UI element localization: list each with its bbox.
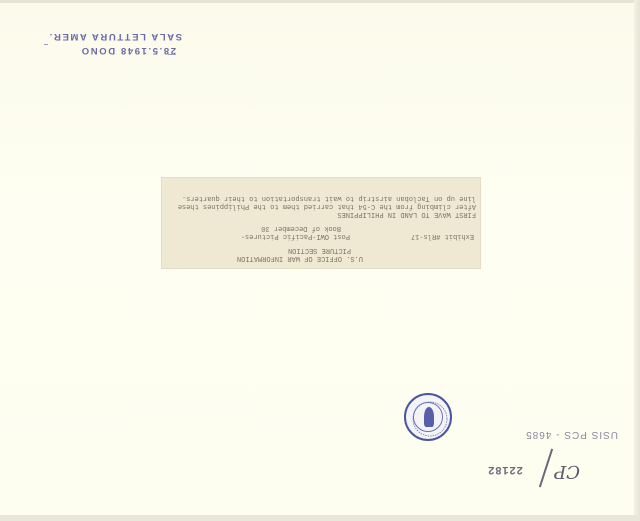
library-stamp-date: 28.5.1948 DONO: [80, 45, 176, 56]
caption-label: U.S. OFFICE OF WAR INFORMATION PICTURE S…: [161, 177, 481, 269]
archive-number: USIS PCS - 4685: [478, 426, 618, 440]
label-post: Post OWI-Pacific Pictures-: [241, 232, 350, 240]
label-exhibit: Exhibit #Rls-17: [411, 232, 474, 240]
library-stamp: SALA LETTURA AMER. 28.5.1948 DONO: [42, 28, 182, 58]
label-caption-line: line up on Tacloban airstrip to wait tra…: [182, 194, 476, 202]
label-section: PICTURE SECTION: [288, 246, 351, 254]
stamp-mark: [168, 54, 176, 55]
label-caption-title: FIRST WAVE TO LAND IN PHILIPPINES: [337, 210, 476, 218]
handwritten-mark: CP: [540, 448, 580, 482]
negative-number: 22182: [483, 459, 523, 475]
label-agency: U.S. OFFICE OF WAR INFORMATION: [237, 254, 363, 262]
right-edge: [634, 0, 640, 521]
top-edge: [0, 0, 640, 3]
circular-seal-stamp: [404, 393, 452, 441]
seal-emblem-icon: [424, 407, 434, 427]
bottom-edge: [0, 515, 640, 521]
stamp-mark: [44, 44, 48, 45]
label-book: Book of December 30: [261, 224, 341, 232]
library-stamp-line1: SALA LETTURA AMER.: [48, 31, 182, 42]
label-caption-line: After climbing from the C-54 that carrie…: [178, 202, 476, 210]
